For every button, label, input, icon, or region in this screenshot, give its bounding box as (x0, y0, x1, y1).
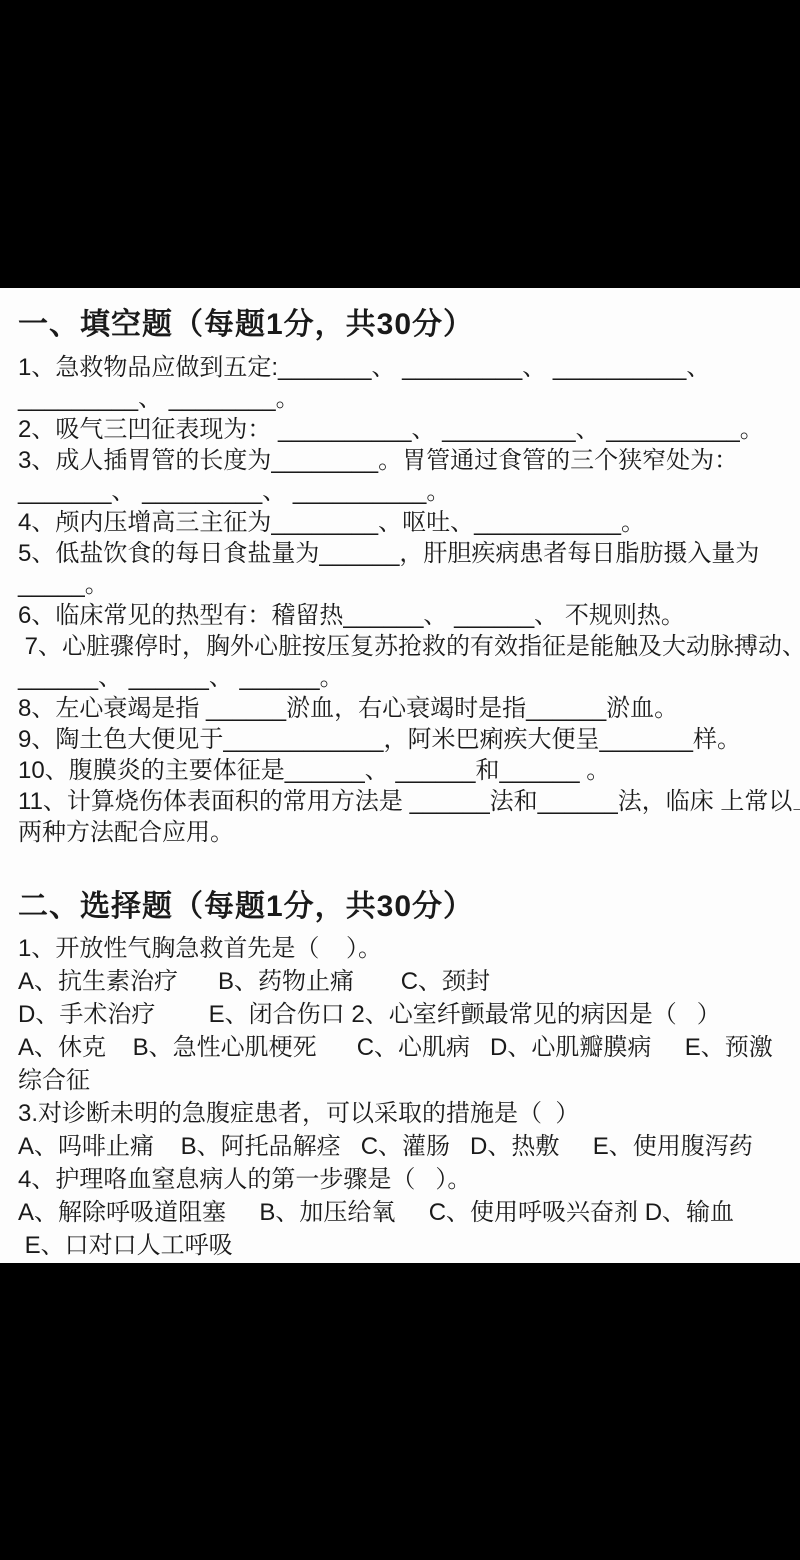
exam-line: 10、腹膜炎的主要体征是______、 ______和______ 。 (18, 755, 792, 786)
exam-line: 3.对诊断未明的急腹症患者，可以采取的措施是（ ） (18, 1097, 792, 1130)
exam-line: _______、 _________、 __________。 (18, 476, 792, 507)
exam-line: 6、临床常见的热型有：稽留热______、 ______、 不规则热。 (18, 600, 792, 631)
exam-paper: 一、填空题（每题1分，共30分） 1、急救物品应做到五定:_______、 __… (0, 288, 800, 1263)
top-letterbox-bar (0, 0, 800, 288)
bottom-letterbox-bar (0, 1263, 800, 1560)
exam-line: 5、低盐饮食的每日食盐量为______，肝胆疾病患者每日脂肪摄入量为 (18, 538, 792, 569)
exam-line: 1、开放性气胸急救首先是（ ）。 (18, 932, 792, 965)
exam-line: 7、心脏骤停时，胸外心脏按压复苏抢救的有效指征是能触及大动脉搏动、 (18, 631, 792, 662)
exam-line: _________、 ________。 (18, 383, 792, 414)
exam-line: A、休克 B、急性心肌梗死 C、心肌病 D、心肌瓣膜病 E、预激 (18, 1031, 792, 1064)
section2-heading: 二、选择题（每题1分，共30分） (18, 888, 792, 926)
exam-line: 8、左心衰竭是指 ______淤血，右心衰竭时是指______淤血。 (18, 693, 792, 724)
multiple-choice-section: 二、选择题（每题1分，共30分） 1、开放性气胸急救首先是（ ）。 A、抗生素治… (18, 888, 792, 1262)
exam-line: A、抗生素治疗 B、药物止痛 C、颈封 (18, 965, 792, 998)
exam-line: 3、成人插胃管的长度为________。胃管通过食管的三个狭窄处为： (18, 445, 792, 476)
exam-line: D、手术治疗 E、闭合伤口 2、心室纤颤最常见的病因是（ ） (18, 998, 792, 1031)
exam-line: 2、吸气三凹征表现为： __________、 __________、 ____… (18, 414, 792, 445)
exam-line: _____。 (18, 569, 792, 600)
exam-line: A、解除呼吸道阻塞 B、加压给氧 C、使用呼吸兴奋剂 D、输血 (18, 1196, 792, 1229)
exam-line: E、口对口人工呼吸 (18, 1229, 792, 1262)
exam-line: 9、陶土色大便见于____________，阿米巴痢疾大便呈_______样。 (18, 724, 792, 755)
exam-line: 两种方法配合应用。 (18, 817, 792, 848)
exam-line: 11、计算烧伤体表面积的常用方法是 ______法和______法，临床 上常以… (18, 786, 792, 817)
exam-line: 综合征 (18, 1064, 792, 1097)
section1-heading: 一、填空题（每题1分，共30分） (18, 306, 792, 344)
exam-line: 4、护理咯血窒息病人的第一步骤是（ ）。 (18, 1163, 792, 1196)
exam-line: A、吗啡止痛 B、阿托品解痉 C、灌肠 D、热敷 E、使用腹泻药 (18, 1130, 792, 1163)
exam-line: 1、急救物品应做到五定:_______、 _________、 ________… (18, 352, 792, 383)
exam-line: 4、颅内压增高三主征为________、呕吐、___________。 (18, 507, 792, 538)
fill-in-blank-section: 一、填空题（每题1分，共30分） 1、急救物品应做到五定:_______、 __… (18, 306, 792, 848)
exam-line: ______、 ______、 ______。 (18, 662, 792, 693)
